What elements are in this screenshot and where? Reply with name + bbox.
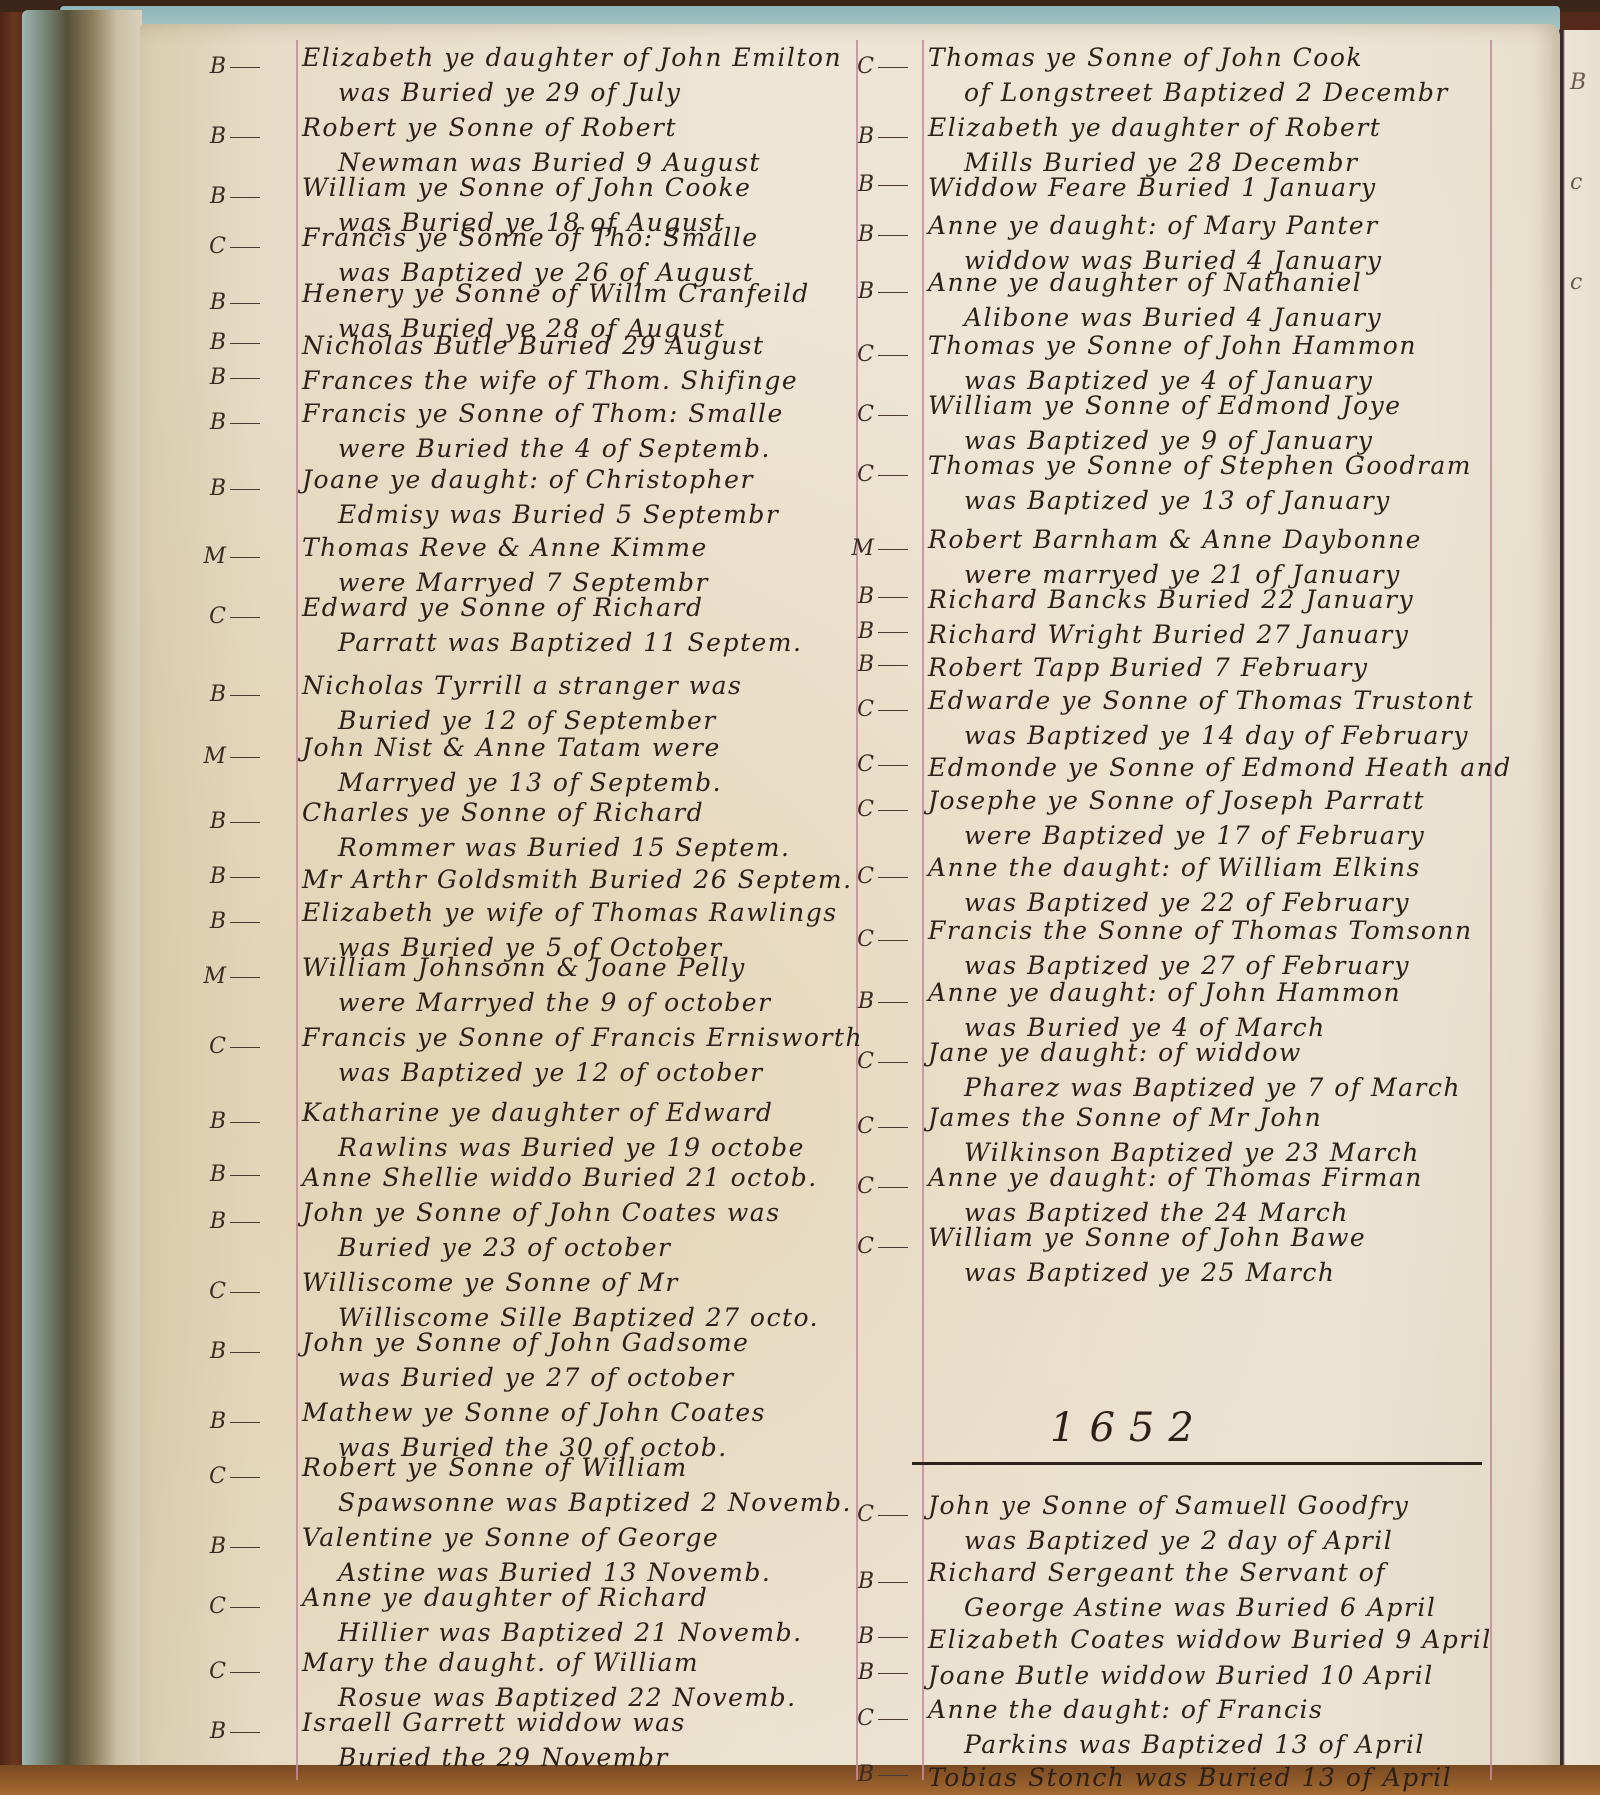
entry-line: Mary the daught. of William	[302, 1645, 797, 1680]
entry-type-mark: B	[848, 279, 908, 304]
entry-type-mark: B	[848, 652, 908, 677]
entry-type-letter: B	[210, 1534, 226, 1559]
register-entry: Anne Shellie widdo Buried 21 octob.	[302, 1160, 818, 1195]
entry-line: Richard Sergeant the Servant of	[928, 1555, 1436, 1590]
entry-type-mark: B	[200, 476, 260, 501]
mark-dash	[878, 292, 908, 293]
mark-dash	[230, 423, 260, 424]
entry-line: Nicholas Butle Buried 29 August	[302, 328, 765, 363]
entry-type-letter: C	[857, 797, 874, 822]
entry-type-mark: B	[848, 1569, 908, 1594]
entry-type-letter: B	[210, 476, 226, 501]
register-entry: Tobias Stonch was Buried 13 of April	[928, 1760, 1452, 1795]
entry-line: was Baptized ye 2 day of April	[928, 1523, 1409, 1558]
mark-dash	[230, 137, 260, 138]
entry-line: was Buried ye 29 of July	[302, 75, 842, 110]
entry-type-mark: C	[200, 604, 260, 629]
entry-line: Joane ye daught: of Christopher	[302, 462, 779, 497]
entry-line: Josephe ye Sonne of Joseph Parratt	[928, 783, 1425, 818]
register-entry: Anne ye daughter of RichardHillier was B…	[302, 1580, 803, 1650]
next-page-glyph: c	[1570, 170, 1582, 195]
entry-type-letter: C	[209, 1034, 226, 1059]
entry-line: was Baptized ye 25 March	[928, 1255, 1366, 1290]
register-entry: Nicholas Butle Buried 29 August	[302, 328, 765, 363]
entry-line: Francis ye Sonne of Thom: Smalle	[302, 396, 784, 431]
entry-line: Israell Garrett widdow was	[302, 1705, 686, 1740]
mark-dash	[878, 665, 908, 666]
mark-dash	[230, 1547, 260, 1548]
mark-dash	[878, 877, 908, 878]
entry-line: Richard Wright Buried 27 January	[928, 617, 1409, 652]
entry-line: Edmisy was Buried 5 Septembr	[302, 497, 779, 532]
entry-type-letter: B	[858, 1660, 874, 1685]
entry-line: was Buried ye 27 of october	[302, 1360, 749, 1395]
entry-type-mark: C	[848, 752, 908, 777]
left-margin-rule	[296, 40, 298, 1780]
entry-type-mark: C	[848, 1706, 908, 1731]
entry-line: Anne ye daughter of Richard	[302, 1580, 803, 1615]
entry-type-letter: B	[210, 184, 226, 209]
entry-type-letter: C	[209, 1279, 226, 1304]
mark-dash	[878, 185, 908, 186]
entry-line: Katharine ye daughter of Edward	[302, 1095, 805, 1130]
entry-type-letter: B	[858, 172, 874, 197]
entry-line: Thomas ye Sonne of John Cook	[928, 40, 1449, 75]
entry-line: Thomas ye Sonne of John Hammon	[928, 328, 1417, 363]
mark-dash	[230, 822, 260, 823]
entry-type-letter: M	[851, 536, 874, 561]
entry-line: Anne ye daught: of John Hammon	[928, 975, 1401, 1010]
register-entry: Frances the wife of Thom. Shifinge	[302, 363, 798, 398]
mark-dash	[230, 1732, 260, 1733]
entry-line: Anne ye daughter of Nathaniel	[928, 265, 1382, 300]
entry-line: Robert Barnham & Anne Daybonne	[928, 522, 1422, 557]
register-entry: Edmonde ye Sonne of Edmond Heath and	[928, 750, 1512, 785]
entry-type-mark: B	[200, 1719, 260, 1744]
entry-line: Robert Tapp Buried 7 February	[928, 650, 1369, 685]
entry-line: Thomas ye Sonne of Stephen Goodram	[928, 448, 1472, 483]
entry-line: John ye Sonne of Samuell Goodfry	[928, 1488, 1409, 1523]
mark-dash	[878, 549, 908, 550]
entry-line: William ye Sonne of John Bawe	[928, 1220, 1366, 1255]
entry-line: Elizabeth ye daughter of John Emilton	[302, 40, 842, 75]
entry-line: Rommer was Buried 15 Septem.	[302, 830, 790, 865]
entry-line: John Nist & Anne Tatam were	[302, 730, 722, 765]
entry-type-letter: B	[210, 290, 226, 315]
entry-line: Tobias Stonch was Buried 13 of April	[928, 1760, 1452, 1795]
mark-dash	[878, 1719, 908, 1720]
mark-dash	[878, 810, 908, 811]
entry-type-mark: B	[200, 1534, 260, 1559]
entry-type-letter: C	[857, 864, 874, 889]
right-margin-rule	[922, 40, 924, 1780]
entry-line: Buried the 29 Novembr	[302, 1740, 686, 1775]
mark-dash	[878, 235, 908, 236]
entry-line: Elizabeth Coates widdow Buried 9 April	[928, 1622, 1492, 1657]
entry-type-mark: B	[200, 809, 260, 834]
entry-line: Joane Butle widdow Buried 10 April	[928, 1658, 1434, 1693]
mark-dash	[230, 1292, 260, 1293]
register-entry: Robert ye Sonne of WilliamSpawsonne was …	[302, 1450, 852, 1520]
entry-line: Parkins was Baptized 13 of April	[928, 1727, 1425, 1762]
entry-type-letter: C	[857, 1049, 874, 1074]
entry-line: Richard Bancks Buried 22 January	[928, 582, 1414, 617]
mark-dash	[230, 557, 260, 558]
entry-line: was Baptized ye 12 of october	[302, 1055, 863, 1090]
entry-type-letter: B	[210, 330, 226, 355]
register-entry: Elizabeth Coates widdow Buried 9 April	[928, 1622, 1492, 1657]
register-entry: William Johnsonn & Joane Pellywere Marry…	[302, 950, 772, 1020]
entry-type-mark: B	[200, 410, 260, 435]
entry-type-letter: C	[857, 54, 874, 79]
register-entry: Mr Arthr Goldsmith Buried 26 Septem.	[302, 862, 853, 897]
mark-dash	[230, 67, 260, 68]
entry-line: was Baptized ye 14 day of February	[928, 718, 1474, 753]
entry-line: were Baptized ye 17 of February	[928, 818, 1425, 853]
entry-line: was Baptized ye 13 of January	[928, 483, 1472, 518]
entry-type-letter: C	[857, 1114, 874, 1139]
entry-type-mark: B	[848, 1660, 908, 1685]
entry-line: Anne Shellie widdo Buried 21 octob.	[302, 1160, 818, 1195]
entry-line: Francis ye Sonne of Francis Ernisworth	[302, 1020, 863, 1055]
mark-dash	[230, 1607, 260, 1608]
entry-type-mark: B	[200, 124, 260, 149]
entry-type-mark: B	[200, 1209, 260, 1234]
register-entry: Richard Sergeant the Servant ofGeorge As…	[928, 1555, 1436, 1625]
entry-type-mark: B	[200, 1109, 260, 1134]
mark-dash	[230, 1222, 260, 1223]
entry-type-letter: B	[210, 1162, 226, 1187]
entry-type-mark: M	[200, 964, 260, 989]
entry-type-mark: M	[848, 536, 908, 561]
entry-type-letter: B	[858, 1762, 874, 1787]
entry-line: were Buried the 4 of Septemb.	[302, 431, 784, 466]
entry-line: Robert ye Sonne of Robert	[302, 110, 761, 145]
entry-type-mark: C	[848, 402, 908, 427]
mark-dash	[878, 1247, 908, 1248]
mark-dash	[230, 617, 260, 618]
entry-line: Jane ye daught: of widdow	[928, 1035, 1461, 1070]
mark-dash	[230, 1672, 260, 1673]
entry-line: Mathew ye Sonne of John Coates	[302, 1395, 766, 1430]
register-entry: John ye Sonne of Samuell Goodfrywas Bapt…	[928, 1488, 1409, 1558]
entry-type-mark: B	[200, 1409, 260, 1434]
entry-type-mark: C	[200, 1279, 260, 1304]
entry-type-letter: B	[858, 222, 874, 247]
mark-dash	[230, 303, 260, 304]
mark-dash	[878, 1582, 908, 1583]
entry-type-letter: C	[857, 462, 874, 487]
mark-dash	[230, 757, 260, 758]
register-entry: Widdow Feare Buried 1 January	[928, 170, 1377, 205]
register-entry: Jane ye daught: of widdowPharez was Bapt…	[928, 1035, 1461, 1105]
entry-type-mark: C	[200, 1594, 260, 1619]
register-entry: Thomas ye Sonne of Stephen Goodramwas Ba…	[928, 448, 1472, 518]
entry-type-mark: C	[200, 234, 260, 259]
entry-type-mark: B	[200, 290, 260, 315]
mark-dash	[230, 1477, 260, 1478]
entry-type-letter: C	[857, 697, 874, 722]
entry-line: Buried ye 23 of october	[302, 1230, 781, 1265]
register-entry: Israell Garrett widdow wasBuried the 29 …	[302, 1705, 686, 1775]
entry-type-letter: B	[210, 1209, 226, 1234]
entry-type-mark: M	[200, 544, 260, 569]
next-page-glyph: B	[1570, 70, 1586, 95]
register-entry: John Nist & Anne Tatam wereMarryed ye 13…	[302, 730, 722, 800]
entry-type-letter: C	[857, 1174, 874, 1199]
mark-dash	[878, 415, 908, 416]
entry-type-mark: B	[200, 1339, 260, 1364]
register-entry: Richard Bancks Buried 22 January	[928, 582, 1414, 617]
entry-type-letter: C	[209, 1464, 226, 1489]
entry-type-letter: C	[857, 1234, 874, 1259]
mark-dash	[878, 940, 908, 941]
mark-dash	[878, 1187, 908, 1188]
entry-line: of Longstreet Baptized 2 Decembr	[928, 75, 1449, 110]
entry-type-letter: B	[858, 989, 874, 1014]
entry-type-letter: C	[857, 752, 874, 777]
entry-line: Robert ye Sonne of William	[302, 1450, 852, 1485]
mark-dash	[878, 597, 908, 598]
entry-type-mark: B	[848, 1762, 908, 1787]
entry-line: Valentine ye Sonne of George	[302, 1520, 771, 1555]
register-entry: Anne the daught: of William Elkinswas Ba…	[928, 850, 1421, 920]
register-entry: Thomas ye Sonne of John Cookof Longstree…	[928, 40, 1449, 110]
entry-type-letter: B	[210, 909, 226, 934]
entry-line: Nicholas Tyrrill a stranger was	[302, 668, 742, 703]
register-entry: William ye Sonne of John Bawewas Baptize…	[928, 1220, 1366, 1290]
register-entry: Anne the daught: of FrancisParkins was B…	[928, 1692, 1425, 1762]
entry-type-letter: B	[210, 410, 226, 435]
entry-line: Thomas Reve & Anne Kimme	[302, 530, 709, 565]
next-page-edge: B c c	[1560, 30, 1600, 1780]
entry-type-letter: C	[209, 234, 226, 259]
entry-type-letter: M	[203, 964, 226, 989]
entry-type-mark: B	[200, 682, 260, 707]
register-entry: Joane ye daught: of ChristopherEdmisy wa…	[302, 462, 779, 532]
entry-type-letter: B	[210, 54, 226, 79]
mark-dash	[878, 355, 908, 356]
entry-line: Henery ye Sonne of Willm Cranfeild	[302, 276, 810, 311]
entry-type-mark: B	[848, 172, 908, 197]
entry-line: John ye Sonne of John Coates was	[302, 1195, 781, 1230]
entry-line: Francis ye Sonne of Tho: Smalle	[302, 220, 759, 255]
register-entry: Josephe ye Sonne of Joseph Parrattwere B…	[928, 783, 1425, 853]
register-entry: John ye Sonne of John Gadsomewas Buried …	[302, 1325, 749, 1395]
entry-type-letter: C	[857, 402, 874, 427]
entry-type-mark: B	[848, 989, 908, 1014]
entry-line: were Marryed the 9 of october	[302, 985, 772, 1020]
entry-type-mark: C	[848, 1049, 908, 1074]
entry-type-letter: M	[203, 744, 226, 769]
entry-type-mark: B	[200, 864, 260, 889]
entry-type-mark: C	[200, 1034, 260, 1059]
entry-type-mark: B	[848, 1624, 908, 1649]
entry-type-mark: B	[200, 909, 260, 934]
entry-type-mark: C	[848, 1174, 908, 1199]
entry-line: George Astine was Buried 6 April	[928, 1590, 1436, 1625]
entry-type-letter: B	[858, 1569, 874, 1594]
entry-line: Edward ye Sonne of Richard	[302, 590, 802, 625]
year-divider-line	[912, 1462, 1482, 1465]
entry-line: Frances the wife of Thom. Shifinge	[302, 363, 798, 398]
mark-dash	[230, 378, 260, 379]
entry-line: Williscome ye Sonne of Mr	[302, 1265, 819, 1300]
entry-type-mark: B	[848, 584, 908, 609]
entry-type-letter: B	[210, 1409, 226, 1434]
entry-line: Anne the daught: of William Elkins	[928, 850, 1421, 885]
register-entry: Francis the Sonne of Thomas Tomsonnwas B…	[928, 913, 1473, 983]
entry-type-letter: B	[210, 1339, 226, 1364]
register-entry: Nicholas Tyrrill a stranger wasBuried ye…	[302, 668, 742, 738]
next-page-glyph: c	[1570, 270, 1582, 295]
register-entry: Francis ye Sonne of Thom: Smallewere Bur…	[302, 396, 784, 466]
entry-type-letter: B	[210, 864, 226, 889]
mark-dash	[230, 197, 260, 198]
right-column-end-rule	[1490, 40, 1492, 1780]
register-entry: Elizabeth ye daughter of John Emiltonwas…	[302, 40, 842, 110]
entry-line: William ye Sonne of Edmond Joye	[928, 388, 1402, 423]
entry-type-letter: C	[857, 342, 874, 367]
entry-type-letter: B	[210, 1719, 226, 1744]
entry-line: William Johnsonn & Joane Pelly	[302, 950, 772, 985]
mark-dash	[878, 1775, 908, 1776]
entry-type-letter: B	[210, 1109, 226, 1134]
entry-type-mark: C	[200, 1659, 260, 1684]
entry-type-letter: M	[203, 544, 226, 569]
entry-type-mark: C	[848, 864, 908, 889]
entry-type-mark: C	[848, 1502, 908, 1527]
entry-line: Anne the daught: of Francis	[928, 1692, 1425, 1727]
mark-dash	[230, 247, 260, 248]
mark-dash	[230, 695, 260, 696]
entry-line: Parratt was Baptized 11 Septem.	[302, 625, 802, 660]
entry-type-letter: C	[857, 927, 874, 952]
entry-line: Edwarde ye Sonne of Thomas Trustont	[928, 683, 1474, 718]
entry-type-letter: B	[210, 682, 226, 707]
entry-type-letter: B	[858, 652, 874, 677]
mark-dash	[230, 489, 260, 490]
entry-line: Spawsonne was Baptized 2 Novemb.	[302, 1485, 852, 1520]
entry-type-letter: B	[858, 279, 874, 304]
mark-dash	[230, 1122, 260, 1123]
entry-line: Anne ye daught: of Mary Panter	[928, 208, 1383, 243]
register-entry: Anne ye daughter of NathanielAlibone was…	[928, 265, 1382, 335]
mark-dash	[878, 67, 908, 68]
entry-type-letter: B	[858, 124, 874, 149]
entry-type-mark: B	[200, 1162, 260, 1187]
mark-dash	[878, 632, 908, 633]
year-heading: 1652	[1050, 1405, 1208, 1451]
mark-dash	[878, 1127, 908, 1128]
mark-dash	[230, 343, 260, 344]
entry-type-mark: B	[200, 54, 260, 79]
entry-line: Francis the Sonne of Thomas Tomsonn	[928, 913, 1473, 948]
entry-line: Widdow Feare Buried 1 January	[928, 170, 1377, 205]
mark-dash	[878, 475, 908, 476]
entry-type-mark: C	[848, 927, 908, 952]
mark-dash	[230, 977, 260, 978]
entry-type-mark: C	[848, 1234, 908, 1259]
entry-type-mark: C	[848, 697, 908, 722]
mark-dash	[878, 1673, 908, 1674]
entry-type-mark: C	[848, 797, 908, 822]
register-entry: Edwarde ye Sonne of Thomas Trustontwas B…	[928, 683, 1474, 753]
register-entry: Charles ye Sonne of RichardRommer was Bu…	[302, 795, 790, 865]
mark-dash	[878, 1062, 908, 1063]
register-entry: Francis ye Sonne of Francis Ernisworthwa…	[302, 1020, 863, 1090]
entry-type-letter: C	[209, 1594, 226, 1619]
entry-type-mark: B	[848, 619, 908, 644]
book-binding	[22, 10, 142, 1770]
register-entry: Richard Wright Buried 27 January	[928, 617, 1409, 652]
entry-type-mark: C	[848, 462, 908, 487]
entry-type-mark: B	[200, 184, 260, 209]
register-entry: Joane Butle widdow Buried 10 April	[928, 1658, 1434, 1693]
mark-dash	[230, 877, 260, 878]
entry-type-letter: C	[209, 1659, 226, 1684]
register-entry: Katharine ye daughter of EdwardRawlins w…	[302, 1095, 805, 1165]
entry-type-mark: C	[848, 1114, 908, 1139]
mark-dash	[230, 1047, 260, 1048]
mark-dash	[230, 922, 260, 923]
entry-type-letter: B	[858, 1624, 874, 1649]
entry-line: Mr Arthr Goldsmith Buried 26 Septem.	[302, 862, 853, 897]
entry-type-letter: B	[858, 584, 874, 609]
register-entry: Robert Tapp Buried 7 February	[928, 650, 1369, 685]
entry-line: Elizabeth ye wife of Thomas Rawlings	[302, 895, 838, 930]
entry-line: William ye Sonne of John Cooke	[302, 170, 751, 205]
entry-type-mark: C	[848, 54, 908, 79]
entry-type-mark: C	[200, 1464, 260, 1489]
entry-line: Charles ye Sonne of Richard	[302, 795, 790, 830]
entry-type-mark: C	[848, 342, 908, 367]
mark-dash	[230, 1422, 260, 1423]
entry-type-letter: C	[857, 1502, 874, 1527]
entry-type-letter: B	[210, 809, 226, 834]
entry-type-letter: C	[857, 1706, 874, 1731]
mark-dash	[878, 710, 908, 711]
mark-dash	[878, 765, 908, 766]
entry-line: Elizabeth ye daughter of Robert	[928, 110, 1381, 145]
entry-type-mark: B	[200, 365, 260, 390]
mark-dash	[230, 1352, 260, 1353]
entry-type-mark: B	[200, 330, 260, 355]
mark-dash	[878, 1637, 908, 1638]
entry-type-letter: C	[209, 604, 226, 629]
entry-line: Edmonde ye Sonne of Edmond Heath and	[928, 750, 1512, 785]
entry-line: Anne ye daught: of Thomas Firman	[928, 1160, 1423, 1195]
mark-dash	[878, 1002, 908, 1003]
entry-type-mark: B	[848, 222, 908, 247]
entry-type-letter: B	[858, 619, 874, 644]
mark-dash	[878, 137, 908, 138]
entry-type-mark: B	[848, 124, 908, 149]
entry-type-letter: B	[210, 124, 226, 149]
mark-dash	[878, 1515, 908, 1516]
entry-line: James the Sonne of Mr John	[928, 1100, 1420, 1135]
entry-type-letter: B	[210, 365, 226, 390]
entry-type-mark: M	[200, 744, 260, 769]
entry-line: John ye Sonne of John Gadsome	[302, 1325, 749, 1360]
register-entry: Edward ye Sonne of RichardParratt was Ba…	[302, 590, 802, 660]
mark-dash	[230, 1175, 260, 1176]
register-entry: John ye Sonne of John Coates wasBuried y…	[302, 1195, 781, 1265]
